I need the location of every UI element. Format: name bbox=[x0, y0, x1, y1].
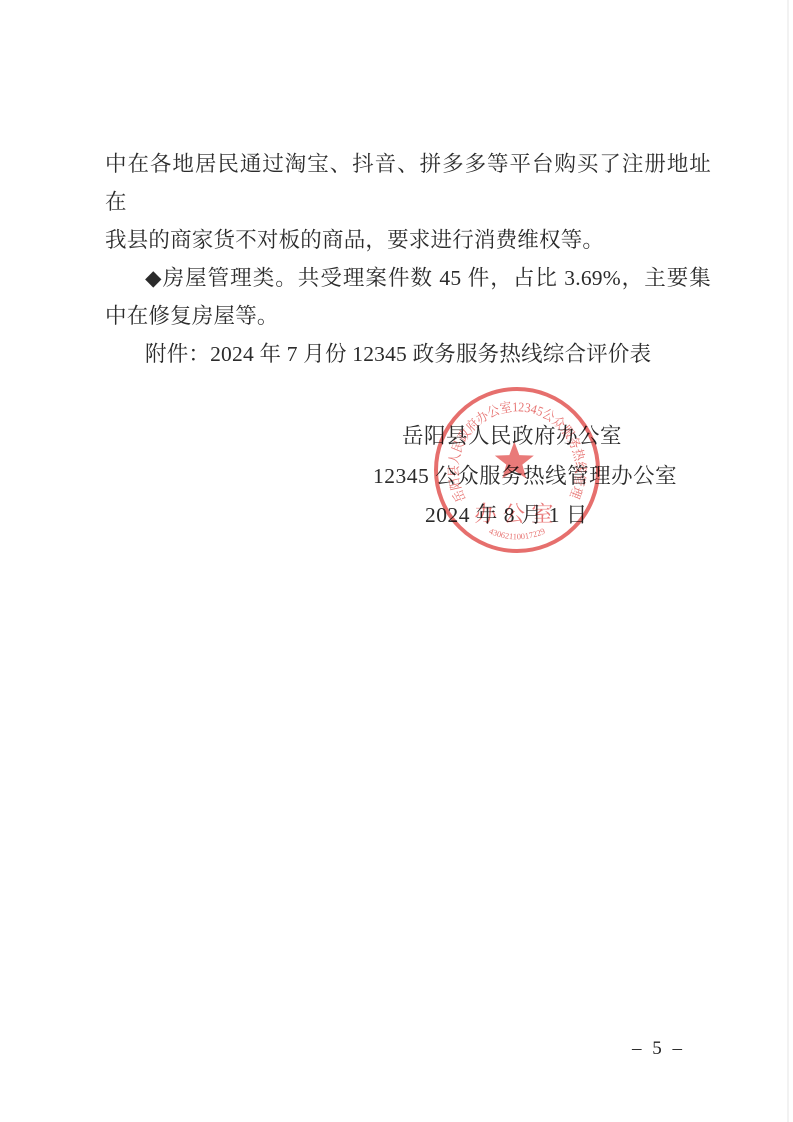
body-text: 中在各地居民通过淘宝、抖音、拼多多等平台购买了注册地址在 我县的商家货不对板的商… bbox=[105, 145, 711, 373]
document-page: 中在各地居民通过淘宝、抖音、拼多多等平台购买了注册地址在 我县的商家货不对板的商… bbox=[0, 0, 793, 1122]
page-number: – 5 – bbox=[632, 1038, 685, 1060]
attachment-line: 附件：2024 年 7 月份 12345 政务服务热线综合评价表 bbox=[105, 335, 711, 373]
paragraph-housing-line-2: 中在修复房屋等。 bbox=[105, 297, 711, 335]
signature-date: 2024 年 8 月 1 日 bbox=[425, 498, 588, 529]
signature-org-line-2: 12345 公众服务热线管理办公室 bbox=[373, 459, 677, 490]
paragraph-consumer-line-2: 我县的商家货不对板的商品，要求进行消费维权等。 bbox=[105, 221, 711, 259]
signature-org-line-1: 岳阳县人民政府办公室 bbox=[402, 419, 622, 450]
paragraph-housing-line-1: ◆房屋管理类。共受理案件数 45 件，占比 3.69%，主要集 bbox=[105, 259, 711, 297]
scan-edge-artifact bbox=[787, 0, 789, 1122]
paragraph-consumer-line-1: 中在各地居民通过淘宝、抖音、拼多多等平台购买了注册地址在 bbox=[105, 145, 711, 221]
